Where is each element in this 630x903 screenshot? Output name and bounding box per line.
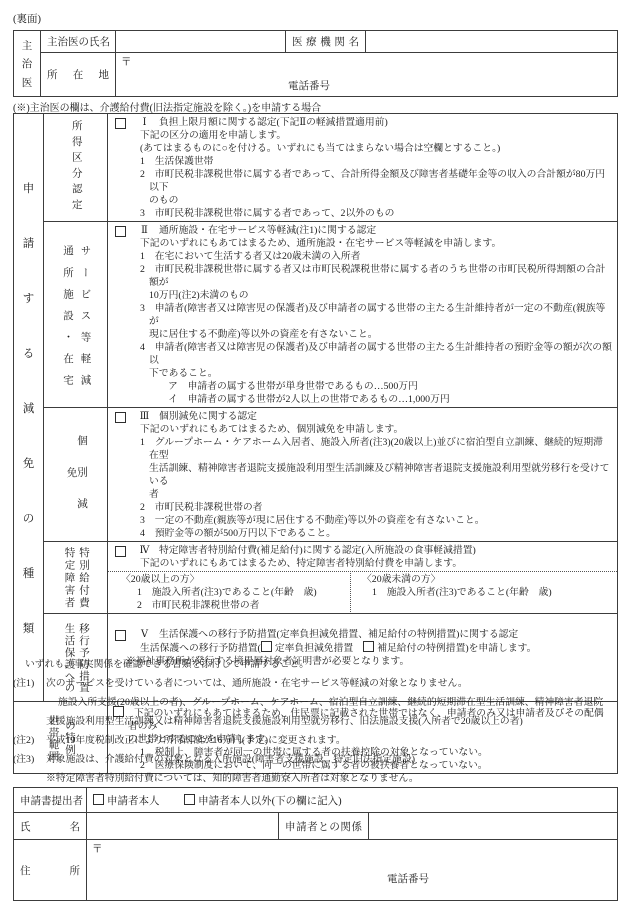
doctor-postal-mark: 〒 bbox=[121, 54, 132, 69]
sec2-numeral: Ⅱ bbox=[137, 224, 152, 237]
sec3-item-1: 1 グループホーム・ケアホーム入居者、施設入所者(注3)(20歳以上)並びに宿泊… bbox=[113, 436, 612, 501]
submitter-other-checkbox[interactable] bbox=[184, 794, 195, 805]
sec2-title: 通所施設・在宅サービス等軽減(注1)に関する認定 bbox=[159, 224, 376, 237]
sec3-content: Ⅲ 個別減免に関する認定 下記のいずれにもあてはまるため、個別減免を申請します。… bbox=[108, 408, 618, 542]
submitter-name-field[interactable] bbox=[87, 813, 279, 840]
relation-label: 申請者との関係 bbox=[279, 813, 369, 840]
back-side-label: (裏面) bbox=[13, 11, 41, 26]
note2-text: 平成19年度税制改正により所得割額が16万円(予定)に変更されます。 bbox=[46, 731, 346, 750]
sec4-label-left: 特定障害者 bbox=[63, 546, 74, 610]
note3-text: 対象施設は、介護給付費の対象となる入所施設(障害者支援施設、特定旧法指定施設) bbox=[46, 750, 415, 769]
doctor-section-note: (※)主治医の欄は、介護給付費(旧法指定施設を除く。)を申請する場合 bbox=[13, 99, 321, 114]
sec3-item-4: 4 預貯金等の額が500万円以下であること。 bbox=[113, 527, 612, 540]
sec1-numeral: Ⅰ bbox=[137, 116, 152, 129]
note1-detail-line1: 施設入所支援(20歳以上の者)、グループホーム、ケアホーム、宿泊型自立訓練、継続… bbox=[13, 693, 617, 712]
sec4-over20-item-2: 2 市町民税非課税世帯の者 bbox=[113, 599, 350, 612]
doctor-side-label-text: 主治医 bbox=[14, 38, 40, 90]
note3-label: (注3) bbox=[13, 750, 39, 769]
sec2-item-4: 4 申請者(障害者又は障害児の保護者)及び申請者の属する世帯の主たる生計維持者の… bbox=[113, 341, 612, 380]
sec1-line1: 下記の区分の適用を申請します。 bbox=[113, 129, 612, 142]
note1-label: (注1) bbox=[13, 674, 39, 693]
doctor-table: 主治医 主治医の氏名 医療機関名 所在地 〒 電話番号 bbox=[13, 30, 618, 97]
sec5-checkbox[interactable] bbox=[115, 630, 126, 641]
sec4-over20-item-1: 1 施設入所者(注3)であること(年齢 歳) bbox=[113, 586, 350, 599]
sec3-item-2: 2 市町民税非課税世帯の者 bbox=[113, 501, 612, 514]
sec4-under20-header: 〈20歳未満の方〉 bbox=[351, 573, 612, 586]
sec3-numeral: Ⅲ bbox=[137, 410, 152, 423]
flat-rate-reduction-checkbox[interactable] bbox=[261, 641, 272, 652]
sec2-subitem-a: ア 申請者の属する世帯が単身世帯であるもの…500万円 bbox=[113, 380, 612, 393]
sec1-line2: (あてはまるものに○を付ける。いずれにも当てはまらない場合は空欄とすること。) bbox=[113, 142, 612, 155]
sec2-subitem-i: イ 申請者の属する世帯が2人以上の世帯であるもの…1,000万円 bbox=[113, 393, 612, 406]
sec4-under20-column: 〈20歳未満の方〉 1 施設入所者(注3)であること(年齢 歳) bbox=[351, 573, 612, 612]
doctor-address-field[interactable]: 〒 電話番号 bbox=[116, 53, 618, 97]
submitter-address-label: 住所 bbox=[14, 840, 87, 901]
submitter-phone-label: 電話番号 bbox=[387, 871, 429, 886]
submitter-self-checkbox[interactable] bbox=[93, 794, 104, 805]
sec2-item-2: 2 市町民税非課税世帯に属する者又は市町民税課税世帯に属する者のうち世帯の市町民… bbox=[113, 263, 612, 302]
doctor-phone-label: 電話番号 bbox=[288, 78, 330, 93]
submitter-name-label: 氏名 bbox=[14, 813, 87, 840]
form-back-page: (裏面) 主治医 主治医の氏名 医療機関名 所在地 〒 電話番号 (※)主治医の… bbox=[0, 0, 630, 903]
sec2-content: Ⅱ 通所施設・在宅サービス等軽減(注1)に関する認定 下記のいずれにもあてはまる… bbox=[108, 222, 618, 408]
sec1-item-1: 1 生活保護世帯 bbox=[113, 155, 612, 168]
sec2-item-1: 1 在宅において生活する者又は20歳未満の入所者 bbox=[113, 250, 612, 263]
sec1-checkbox[interactable] bbox=[115, 118, 126, 129]
sec4-over20-header: 〈20歳以上の方〉 bbox=[113, 573, 350, 586]
sec4-line1: 下記のいずれにもあてはまるため、特定障害者特別給付費を申請します。 bbox=[113, 557, 612, 570]
doctor-address-label: 所在地 bbox=[41, 53, 116, 97]
sec3-line1: 下記のいずれにもあてはまるため、個別減免を申請します。 bbox=[113, 423, 612, 436]
submitter-row-label: 申請書提出者 bbox=[14, 788, 87, 813]
sec4-over20-column: 〈20歳以上の方〉 1 施設入所者(注3)であること(年齢 歳) 2 市町民税非… bbox=[113, 573, 351, 612]
sec2-item-3: 3 申請者(障害者又は障害児の保護者)及び申請者の属する世帯の主たる生計維持者が… bbox=[113, 302, 612, 341]
sec1-content: Ⅰ 負担上限月額に関する認定(下記Ⅱの軽減措置適用前) 下記の区分の適用を申請し… bbox=[108, 114, 618, 222]
sec1-item-2: 2 市町民税非課税世帯に属する者であって、合計所得金額及び障害者基礎年金等の収入… bbox=[113, 168, 612, 207]
outer-label-text: 申請する減免の種類 bbox=[14, 180, 43, 636]
sec1-item-3: 3 市町民税非課税世帯に属する者であって、2以外のもの bbox=[113, 207, 612, 220]
sec2-checkbox[interactable] bbox=[115, 226, 126, 237]
footnotes: いずれも、事実関係を確認できる書類を添付して申請すること。 (注1) 次のサービ… bbox=[13, 653, 617, 788]
submitter-options-cell: 申請者本人 申請者本人以外(下の欄に記入) bbox=[87, 788, 618, 813]
supplementary-benefit-checkbox[interactable] bbox=[363, 641, 374, 652]
sec4-under20-item-1: 1 施設入所者(注3)であること(年齢 歳) bbox=[351, 586, 612, 599]
sec2-line1: 下記のいずれにもあてはまるため、通所施設・在宅サービス等軽減を申請します。 bbox=[113, 237, 612, 250]
note3-detail: ※特定障害者特別給付費については、知的障害者通勤寮入所者は対象となりません。 bbox=[13, 769, 617, 788]
sec3-label-cell: 個別減免 bbox=[44, 408, 108, 542]
sec4-numeral: Ⅳ bbox=[137, 544, 152, 557]
sec4-label-cell: 特定障害者 特別給付費 bbox=[44, 542, 108, 614]
doctor-name-field[interactable] bbox=[116, 31, 286, 53]
sec5-numeral: Ⅴ bbox=[137, 628, 152, 641]
sec4-label-right: 特別給付費 bbox=[78, 546, 89, 610]
sec3-checkbox[interactable] bbox=[115, 412, 126, 423]
sec1-title: 負担上限月額に関する認定(下記Ⅱの軽減措置適用前) bbox=[159, 116, 388, 129]
outer-label-cell: 申請する減免の種類 bbox=[14, 114, 44, 702]
sec2-label-left: 通所施設・在宅 bbox=[62, 234, 73, 396]
sec2-label-cell: 通所施設・在宅 サービス等軽減 bbox=[44, 222, 108, 408]
submitter-table: 申請書提出者 申請者本人 申請者本人以外(下の欄に記入) 氏名 申請者との関係 … bbox=[13, 787, 618, 901]
note1-text: 次のサービスを受けている者については、通所施設・在宅サービス等軽減の対象となりま… bbox=[46, 674, 468, 693]
note2-label: (注2) bbox=[13, 731, 39, 750]
doctor-side-label: 主治医 bbox=[14, 31, 41, 97]
sec4-content: Ⅳ 特定障害者特別給付費(補足給付)に関する認定(入所施設の食事軽減措置) 下記… bbox=[108, 542, 618, 614]
medical-org-field[interactable] bbox=[366, 31, 618, 53]
submitter-address-field[interactable]: 〒 電話番号 bbox=[87, 840, 618, 901]
medical-org-label: 医療機関名 bbox=[286, 31, 366, 53]
sec1-label-text: 所得区分認定 bbox=[70, 115, 81, 215]
submitter-other-label: 申請者本人以外(下の欄に記入) bbox=[198, 796, 342, 807]
sec2-label-right: サービス等軽減 bbox=[79, 234, 90, 396]
attach-documents-note: いずれも、事実関係を確認できる書類を添付して申請すること。 bbox=[13, 655, 617, 674]
sec4-dotted-divider bbox=[108, 571, 617, 572]
sec5-title: 生活保護への移行予防措置(定率負担減免措置、補足給付の特例措置)に関する認定 bbox=[159, 628, 518, 641]
sec3-title: 個別減免に関する認定 bbox=[159, 410, 257, 423]
sec4-title: 特定障害者特別給付費(補足給付)に関する認定(入所施設の食事軽減措置) bbox=[159, 544, 476, 557]
sec3-label-text: 個別減免 bbox=[65, 406, 86, 539]
note1-detail-line2: 支援施設利用型生活訓練又は精神障害者退院支援施設利用型就労移行、旧法施設支援(入… bbox=[13, 712, 617, 731]
sec3-item-3: 3 一定の不動産(親族等が現に居住する不動産)等以外の資産を有さないこと。 bbox=[113, 514, 612, 527]
relation-field[interactable] bbox=[369, 813, 618, 840]
sec1-label-cell: 所得区分認定 bbox=[44, 114, 108, 222]
submitter-self-label: 申請者本人 bbox=[107, 796, 160, 807]
sec4-checkbox[interactable] bbox=[115, 546, 126, 557]
submitter-postal-mark: 〒 bbox=[92, 841, 103, 856]
doctor-name-label: 主治医の氏名 bbox=[41, 31, 116, 53]
